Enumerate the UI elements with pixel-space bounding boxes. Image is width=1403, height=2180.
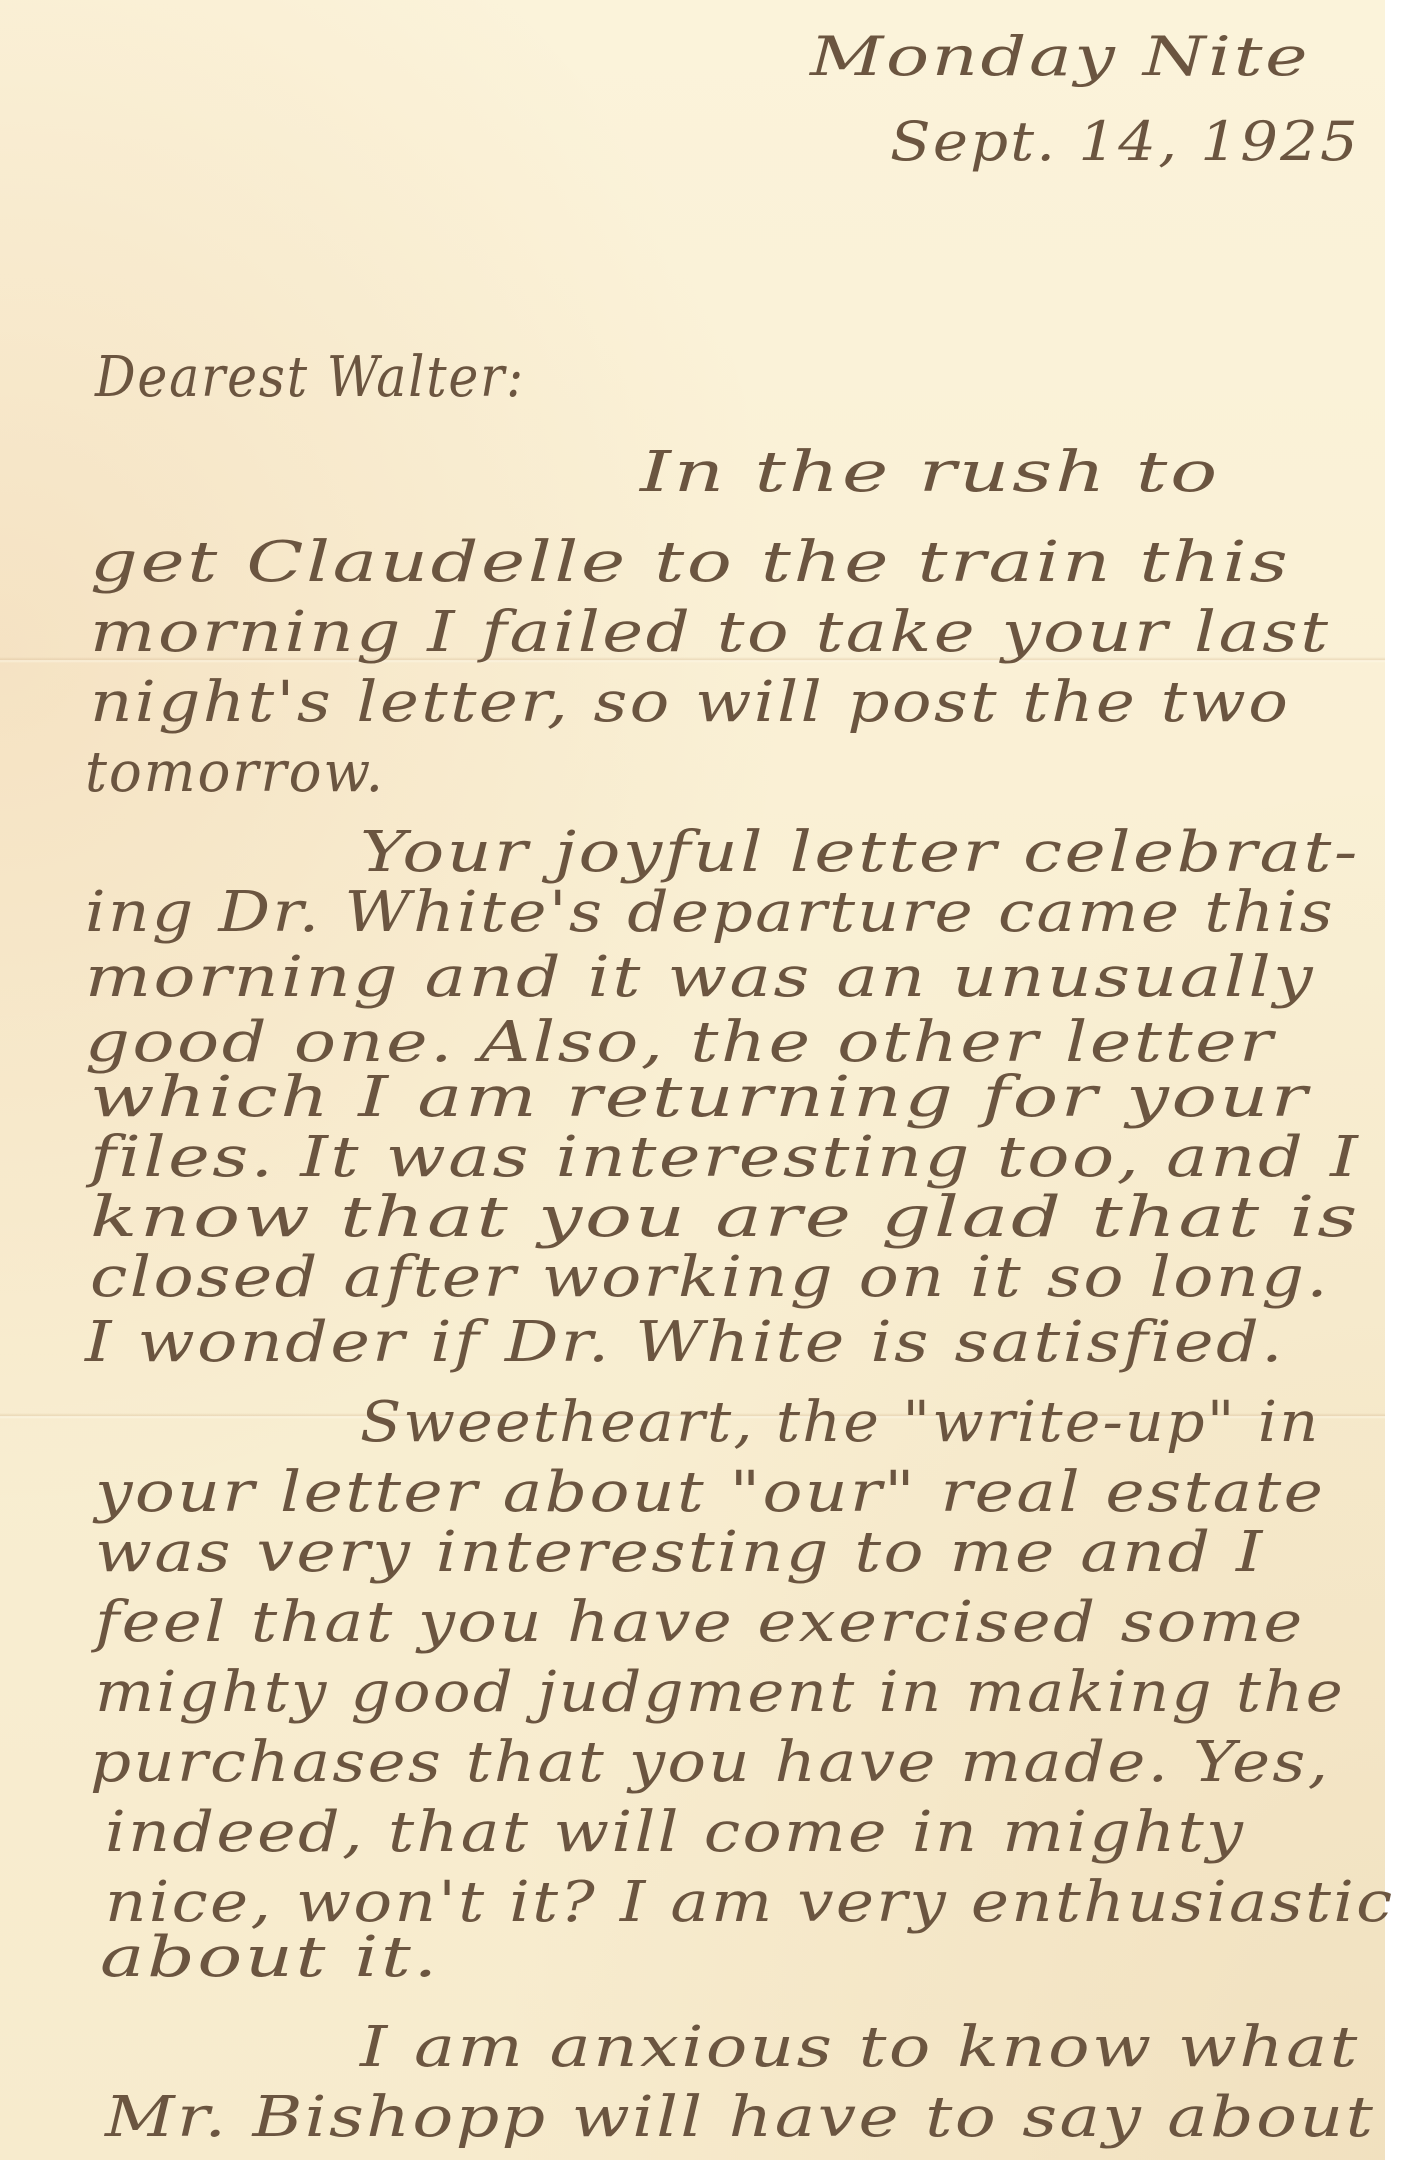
letter-line: In the rush to bbox=[640, 440, 1220, 505]
header-date: Sept. 14, 1925 bbox=[890, 110, 1360, 173]
letter-line: I am anxious to know what bbox=[360, 2015, 1360, 2080]
letter-line: was very interesting to me and I bbox=[95, 1520, 1265, 1585]
letter-line: Your joyful letter celebrat- bbox=[360, 820, 1360, 885]
letter-line: closed after working on it so long. bbox=[90, 1245, 1330, 1310]
letter-line: know that you are glad that is bbox=[90, 1185, 1360, 1250]
letter-page: Monday Nite Sept. 14, 1925 Dearest Walte… bbox=[0, 0, 1385, 2160]
letter-line: about it. bbox=[100, 1925, 440, 1990]
letter-line: purchases that you have made. Yes, bbox=[90, 1730, 1330, 1795]
letter-line: Mr. Bishopp will have to say about bbox=[105, 2085, 1375, 2150]
letter-line: I wonder if Dr. White is satisfied. bbox=[85, 1310, 1285, 1375]
letter-line: mighty good judgment in making the bbox=[95, 1660, 1345, 1725]
letter-line: which I am returning for your bbox=[90, 1065, 1310, 1130]
letter-line: Sweetheart, the "write-up" in bbox=[360, 1390, 1320, 1455]
letter-line: files. It was interesting too, and I bbox=[90, 1125, 1360, 1190]
letter-line: morning and it was an unusually bbox=[85, 945, 1315, 1010]
letter-line: tomorrow. bbox=[85, 740, 385, 805]
letter-line: feel that you have exercised some bbox=[95, 1590, 1305, 1655]
letter-line: get Claudelle to the train this bbox=[90, 530, 1290, 595]
letter-line: ing Dr. White's departure came this bbox=[85, 880, 1335, 945]
letter-line: morning I failed to take your last bbox=[90, 600, 1330, 665]
letter-line: your letter about "our" real estate bbox=[95, 1460, 1325, 1525]
letter-line: night's letter, so will post the two bbox=[90, 670, 1290, 735]
salutation: Dearest Walter: bbox=[95, 345, 525, 410]
letter-line: indeed, that will come in mighty bbox=[105, 1800, 1245, 1865]
header-day: Monday Nite bbox=[810, 25, 1310, 88]
